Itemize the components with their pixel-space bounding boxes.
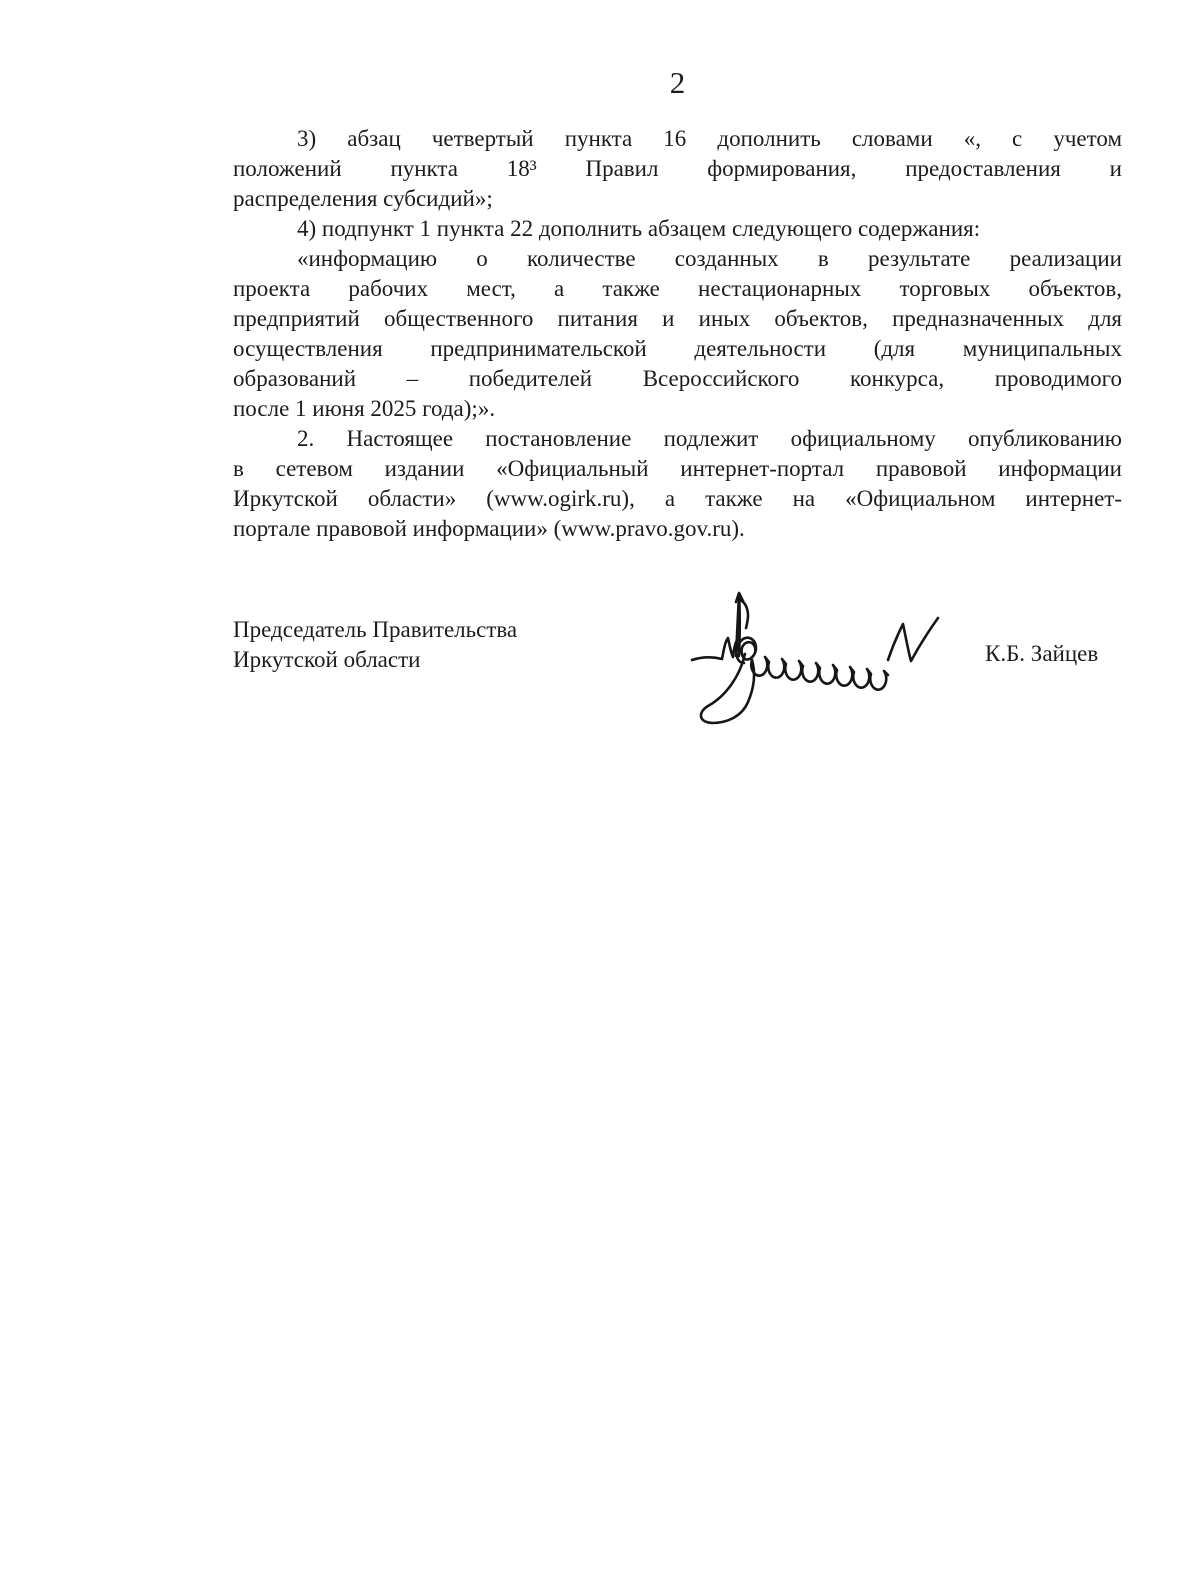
document-body: 3) абзац четвертый пункта 16 дополнить с… xyxy=(233,124,1122,544)
text-line: портале правовой информации» (www.pravo.… xyxy=(233,514,1122,544)
text-line: Иркутской области» (www.ogirk.ru), а так… xyxy=(233,484,1122,514)
handwritten-signature-icon xyxy=(648,560,948,745)
text-line: в сетевом издании «Официальный интернет-… xyxy=(233,454,1122,484)
text-line: положений пункта 18³ Правил формирования… xyxy=(233,154,1122,184)
text-line: предприятий общественного питания и иных… xyxy=(233,304,1122,334)
text-line: «информацию о количестве созданных в рез… xyxy=(233,244,1122,274)
page-number: 2 xyxy=(233,66,1122,100)
text-line: осуществления предпринимательской деятел… xyxy=(233,334,1122,364)
text-line: 4) подпункт 1 пункта 22 дополнить абзаце… xyxy=(233,214,1122,244)
text-line: проекта рабочих мест, а также нестациона… xyxy=(233,274,1122,304)
signer-name: К.Б. Зайцев xyxy=(985,639,1098,669)
signer-title-line-2: Иркутской области xyxy=(233,645,517,675)
text-line: распределения субсидий»; xyxy=(233,184,1122,214)
text-line: 2. Настоящее постановление подлежит офиц… xyxy=(233,424,1122,454)
document-page: 2 3) абзац четвертый пункта 16 дополнить… xyxy=(0,0,1200,1590)
text-line: после 1 июня 2025 года);». xyxy=(233,394,1122,424)
signer-title: Председатель Правительства Иркутской обл… xyxy=(233,615,517,675)
signer-title-line-1: Председатель Правительства xyxy=(233,615,517,645)
text-line: 3) абзац четвертый пункта 16 дополнить с… xyxy=(233,124,1122,154)
text-line: образований – победителей Всероссийского… xyxy=(233,364,1122,394)
